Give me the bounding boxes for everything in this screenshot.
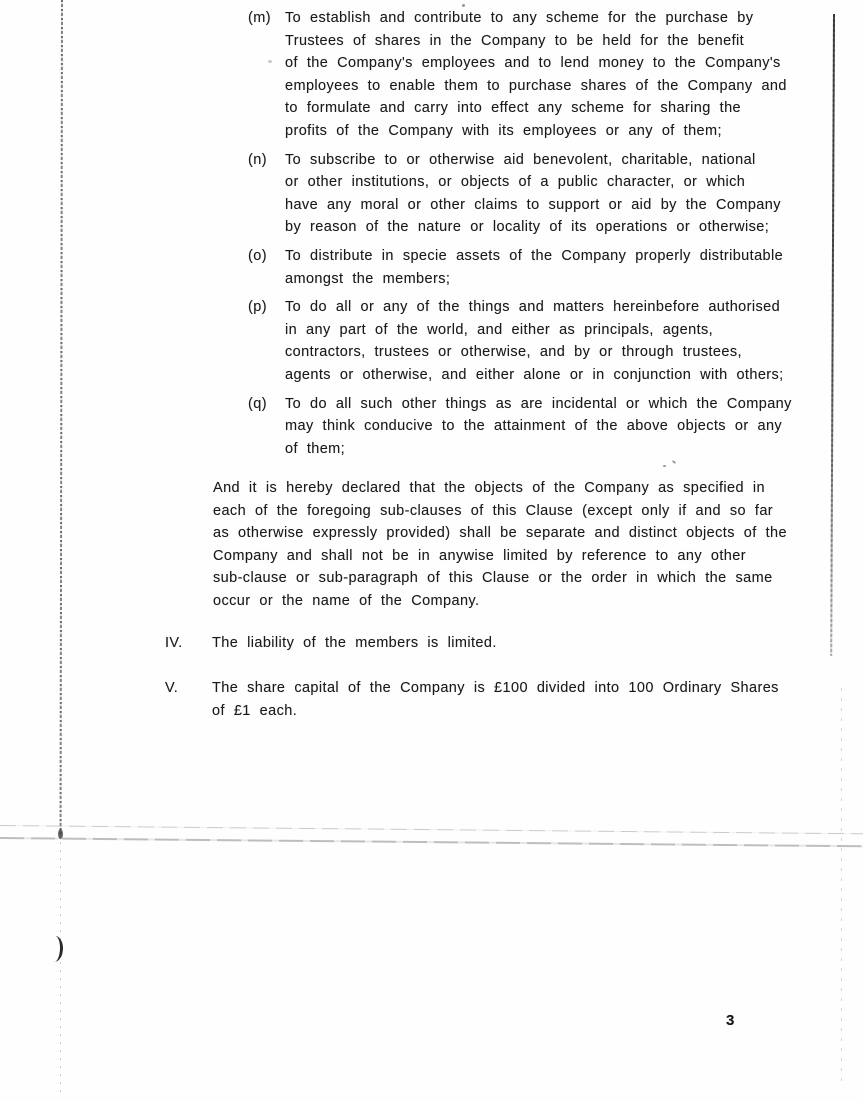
- subclause-text: To establish and contribute to any schem…: [285, 7, 820, 143]
- document-page: { "colors": { "ink": "#1b1b1b", "paper":…: [0, 0, 863, 1100]
- article-iv: IV. The liability of the members is limi…: [165, 632, 812, 655]
- scan-crease-band: [0, 822, 863, 850]
- article-text: The liability of the members is limited.: [212, 632, 812, 655]
- subclause-text: To do all or any of the things and matte…: [285, 296, 820, 386]
- subclause-label: (m): [248, 7, 285, 143]
- subclause-label: (n): [248, 149, 285, 239]
- subclause-label: (p): [248, 296, 285, 386]
- scan-edge-line-right: [830, 14, 835, 656]
- subclause-n: (n) To subscribe to or otherwise aid ben…: [248, 149, 820, 239]
- subclause-text: To subscribe to or otherwise aid benevol…: [285, 149, 820, 239]
- scan-crease-line-upper: [0, 825, 863, 834]
- declaration-paragraph: And it is hereby declared that the objec…: [213, 477, 818, 613]
- page-number: 3: [726, 1013, 735, 1029]
- article-v: V. The share capital of the Company is £…: [165, 677, 812, 722]
- article-label: IV.: [165, 632, 212, 655]
- article-text: The share capital of the Company is £100…: [212, 677, 812, 722]
- objects-subclauses-list: (m) To establish and contribute to any s…: [248, 7, 820, 466]
- subclause-o: (o) To distribute in specie assets of th…: [248, 245, 820, 290]
- subclause-label: (o): [248, 245, 285, 290]
- article-label: V.: [165, 677, 212, 722]
- subclause-p: (p) To do all or any of the things and m…: [248, 296, 820, 386]
- subclause-m: (m) To establish and contribute to any s…: [248, 7, 820, 143]
- scan-crease-intersection-blob: [58, 829, 63, 839]
- subclause-label: (q): [248, 393, 285, 461]
- scan-fold-line-left: [60, 0, 63, 834]
- scan-fold-line-left-faint: [60, 834, 61, 1095]
- scan-edge-line-right-faint: [841, 688, 842, 1088]
- subclause-q: (q) To do all such other things as are i…: [248, 393, 820, 461]
- subclause-text: To distribute in specie assets of the Co…: [285, 245, 820, 290]
- pen-mark-parenthesis: [53, 936, 64, 962]
- subclause-text: To do all such other things as are incid…: [285, 393, 820, 461]
- scan-crease-line-lower: [0, 837, 863, 847]
